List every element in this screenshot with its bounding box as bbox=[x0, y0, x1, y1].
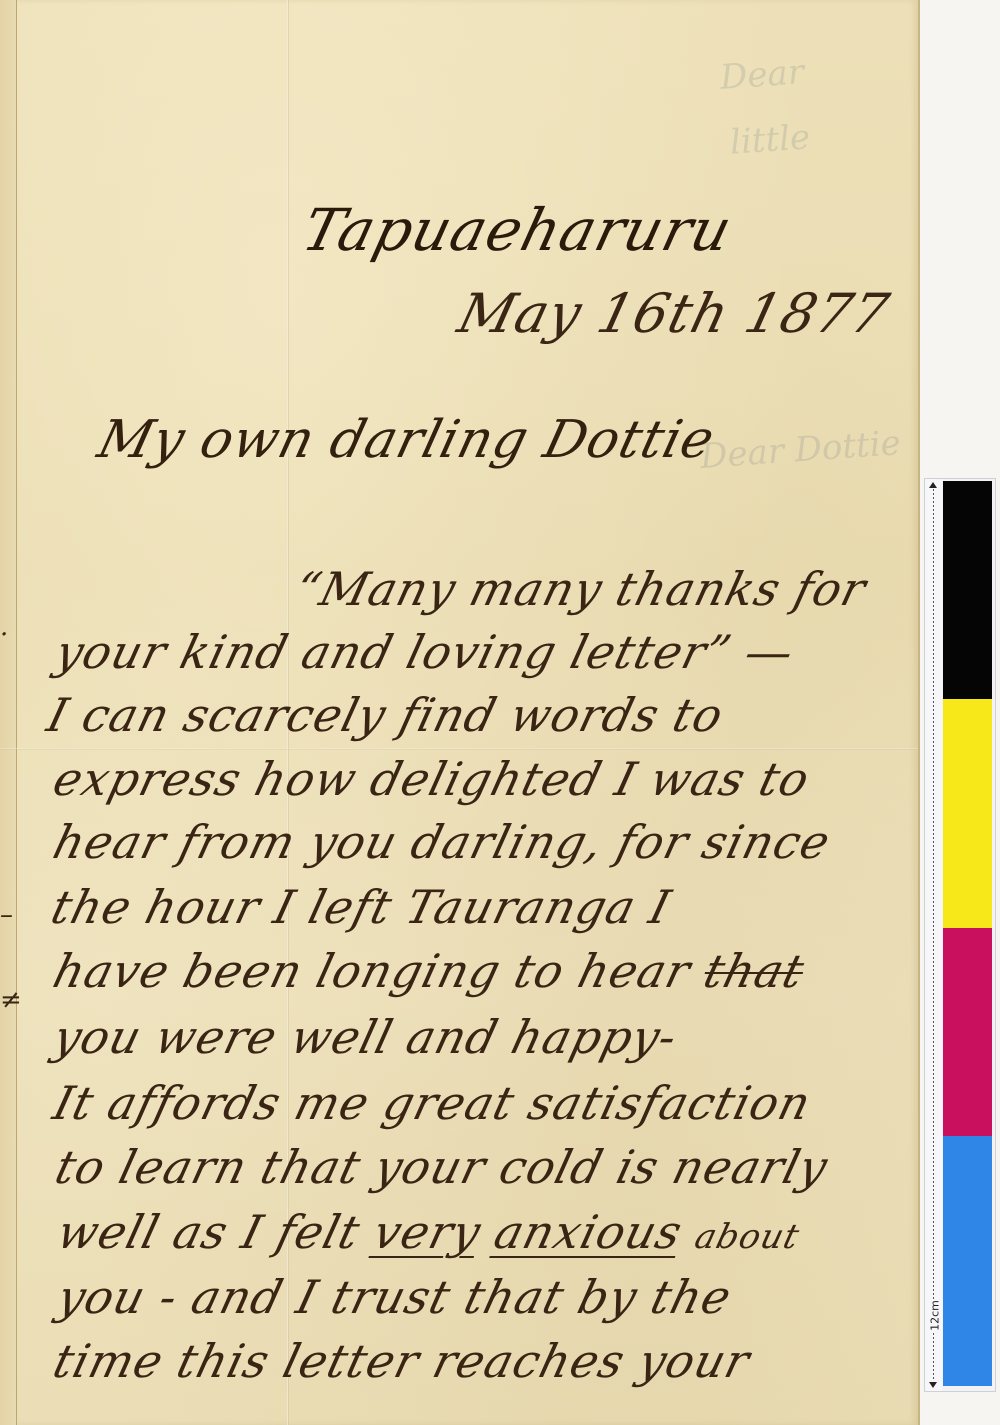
letter-line: to learn that your cold is nearly bbox=[50, 1140, 834, 1194]
struck-out-word: that bbox=[699, 944, 810, 998]
letter-line: you - and I trust that by the bbox=[52, 1270, 737, 1324]
underlined-word: very bbox=[368, 1205, 487, 1259]
letter-line: have been longing to hear that bbox=[48, 944, 810, 998]
line-text: well as I felt bbox=[52, 1205, 366, 1259]
horizontal-fold-crease bbox=[0, 748, 918, 750]
letter-line: you were well and happy- bbox=[48, 1010, 683, 1064]
letter-line: well as I felt very anxious about bbox=[52, 1205, 807, 1259]
underlined-word: anxious bbox=[489, 1205, 688, 1259]
letter-line: express how delighted I was to bbox=[48, 752, 815, 806]
swatch-yellow bbox=[943, 699, 992, 928]
letter-date: May 16th 1877 bbox=[452, 282, 896, 345]
bleed-through-text: Dear Dottie bbox=[699, 423, 902, 477]
letter-line: It affords me great satisfaction bbox=[48, 1076, 817, 1130]
margin-mark: – bbox=[0, 900, 13, 930]
letter-line: “Many many thanks for bbox=[290, 562, 872, 616]
letter-line: I can scarcely find words to bbox=[42, 688, 729, 742]
line-text: about bbox=[691, 1217, 804, 1257]
margin-mark: · bbox=[0, 620, 8, 650]
letter-line: your kind and loving letter” — bbox=[50, 625, 800, 679]
scale-ruler: 12cm bbox=[925, 479, 942, 1391]
letter-place: Tapuaeharuru bbox=[296, 196, 739, 264]
letter-line: time this letter reaches your bbox=[48, 1334, 756, 1388]
arrow-down-icon bbox=[929, 1382, 937, 1388]
swatch-black bbox=[943, 481, 992, 699]
letter-line: hear from you darling, for since bbox=[48, 815, 836, 869]
underlying-sheet-edge bbox=[0, 0, 17, 1425]
bleed-through-text: Dear bbox=[719, 52, 805, 98]
margin-mark: ≠ bbox=[0, 985, 22, 1015]
line-text: have been longing to hear bbox=[48, 944, 696, 998]
scale-label: 12cm bbox=[929, 1300, 942, 1332]
arrow-up-icon bbox=[929, 482, 937, 488]
color-calibration-strip: 12cm bbox=[924, 478, 996, 1392]
letter-salutation: My own darling Dottie bbox=[92, 410, 721, 470]
letter-line: the hour I left Tauranga I bbox=[46, 880, 677, 934]
letter-page: Dear little Dear Dottie Tapuaeharuru May… bbox=[0, 0, 920, 1425]
swatch-magenta bbox=[943, 928, 992, 1136]
ruler-dashed-line bbox=[933, 489, 934, 1379]
bleed-through-text: little bbox=[729, 117, 812, 162]
swatch-cyan bbox=[943, 1136, 992, 1386]
